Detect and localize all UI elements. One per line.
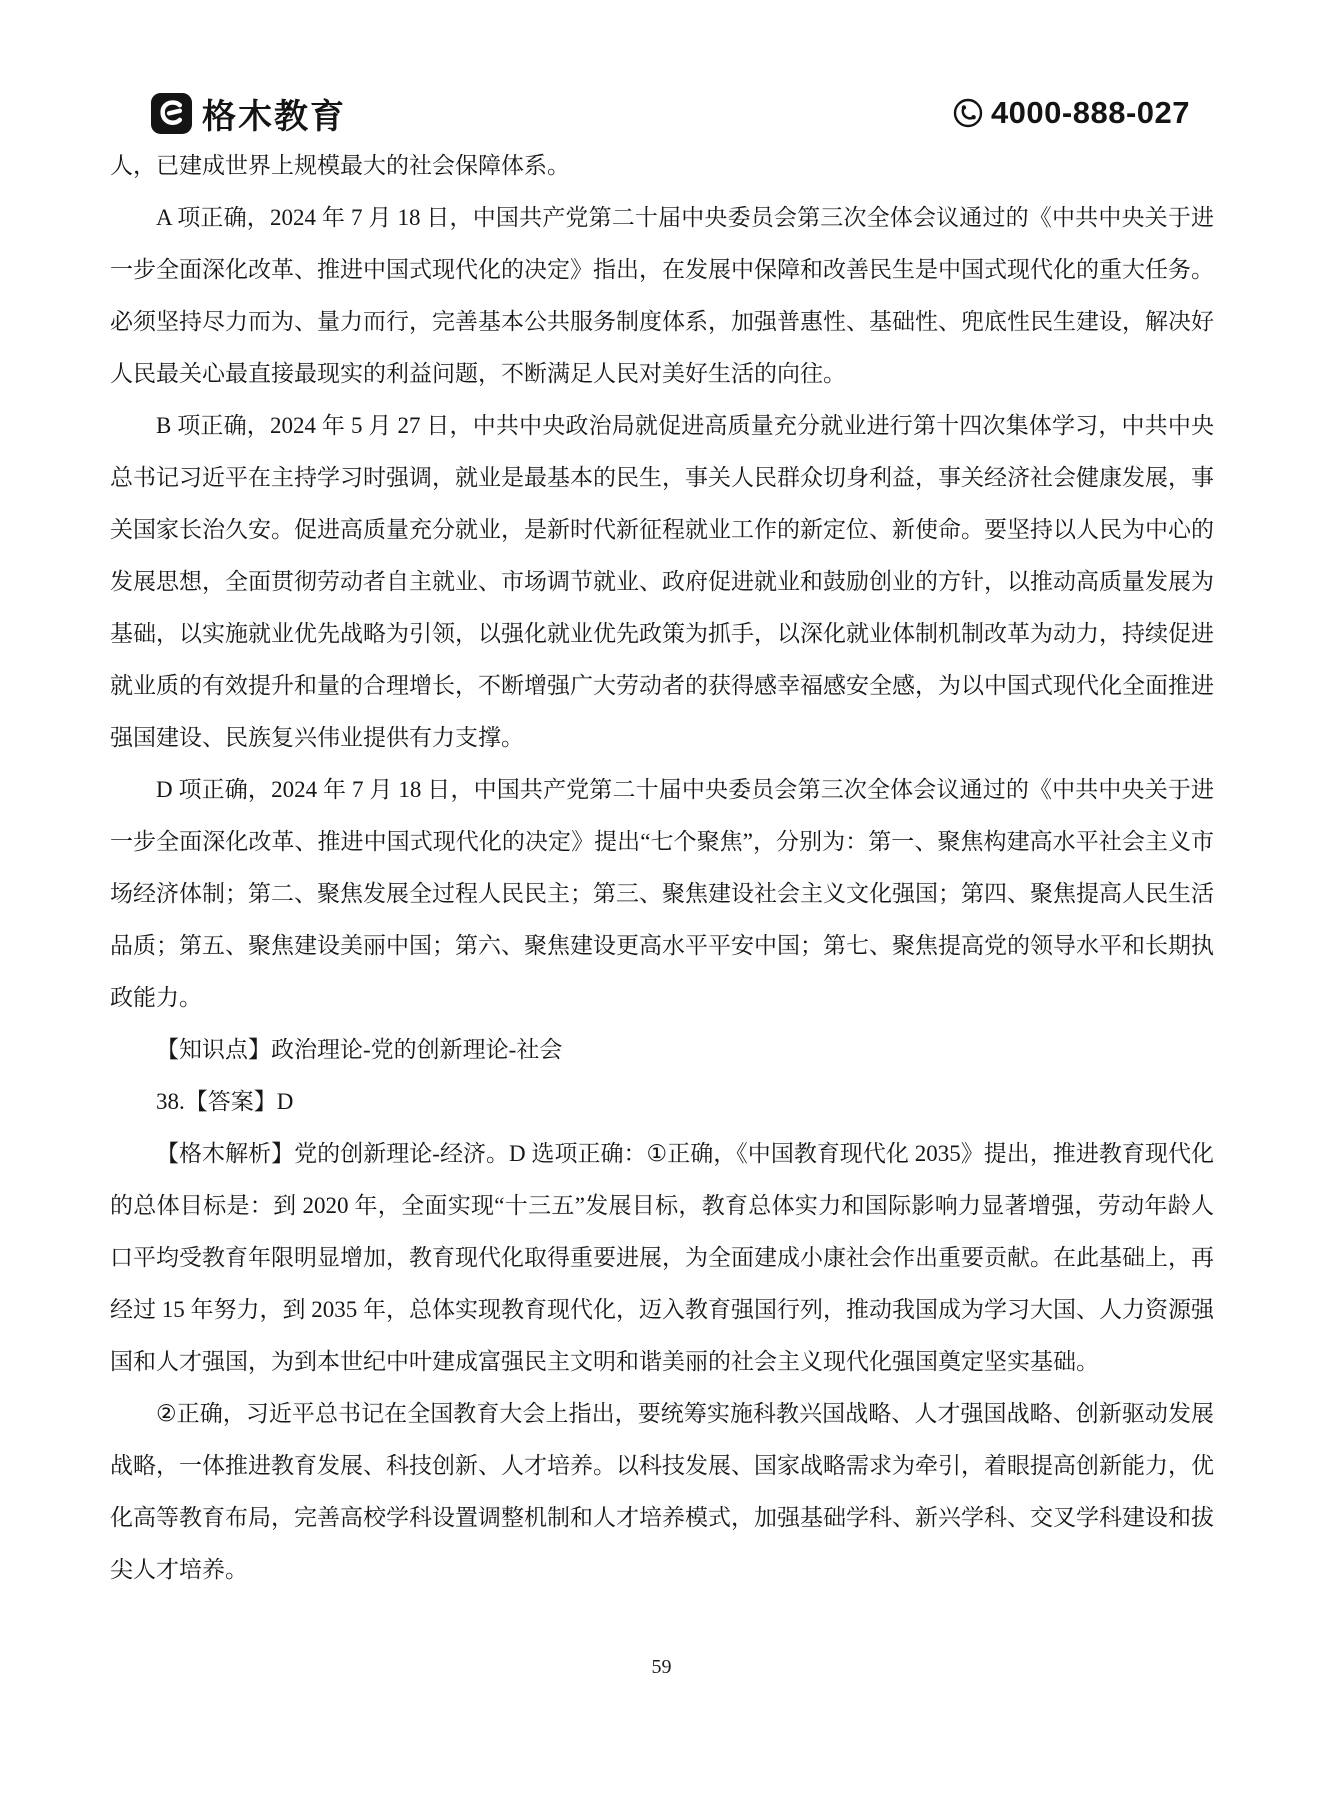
document-body: 人，已建成世界上规模最大的社会保障体系。 A 项正确，2024 年 7 月 18… — [110, 140, 1214, 1596]
document-page: 格木教育 4000-888-027 人，已建成世界上规模最大的社会保障体系。 A… — [0, 0, 1323, 1795]
brand: 格木教育 — [150, 89, 346, 138]
paragraph-knowledge-point: 【知识点】政治理论-党的创新理论-社会 — [110, 1024, 1214, 1076]
phone-number: 4000-888-027 — [991, 95, 1190, 131]
paragraph-analysis: 【格木解析】党的创新理论-经济。D 选项正确：①正确，《中国教育现代化 2035… — [110, 1128, 1214, 1388]
paragraph-answer-38: 38.【答案】D — [110, 1076, 1214, 1128]
phone-icon — [952, 97, 984, 129]
contact-phone: 4000-888-027 — [952, 95, 1190, 131]
page-number: 59 — [652, 1656, 672, 1678]
page-header: 格木教育 4000-888-027 — [150, 88, 1190, 138]
gemu-logo-icon — [150, 92, 193, 135]
paragraph-option-a: A 项正确，2024 年 7 月 18 日，中国共产党第二十届中央委员会第三次全… — [110, 192, 1214, 400]
paragraph-option-b: B 项正确，2024 年 5 月 27 日，中共中央政治局就促进高质量充分就业进… — [110, 400, 1214, 764]
paragraph-analysis-point-2: ②正确，习近平总书记在全国教育大会上指出，要统筹实施科教兴国战略、人才强国战略、… — [110, 1388, 1214, 1596]
brand-name: 格木教育 — [202, 89, 346, 138]
page-footer: 59 — [0, 1656, 1323, 1679]
paragraph-option-d: D 项正确，2024 年 7 月 18 日，中国共产党第二十届中央委员会第三次全… — [110, 764, 1214, 1024]
paragraph-continuation: 人，已建成世界上规模最大的社会保障体系。 — [110, 140, 1214, 192]
